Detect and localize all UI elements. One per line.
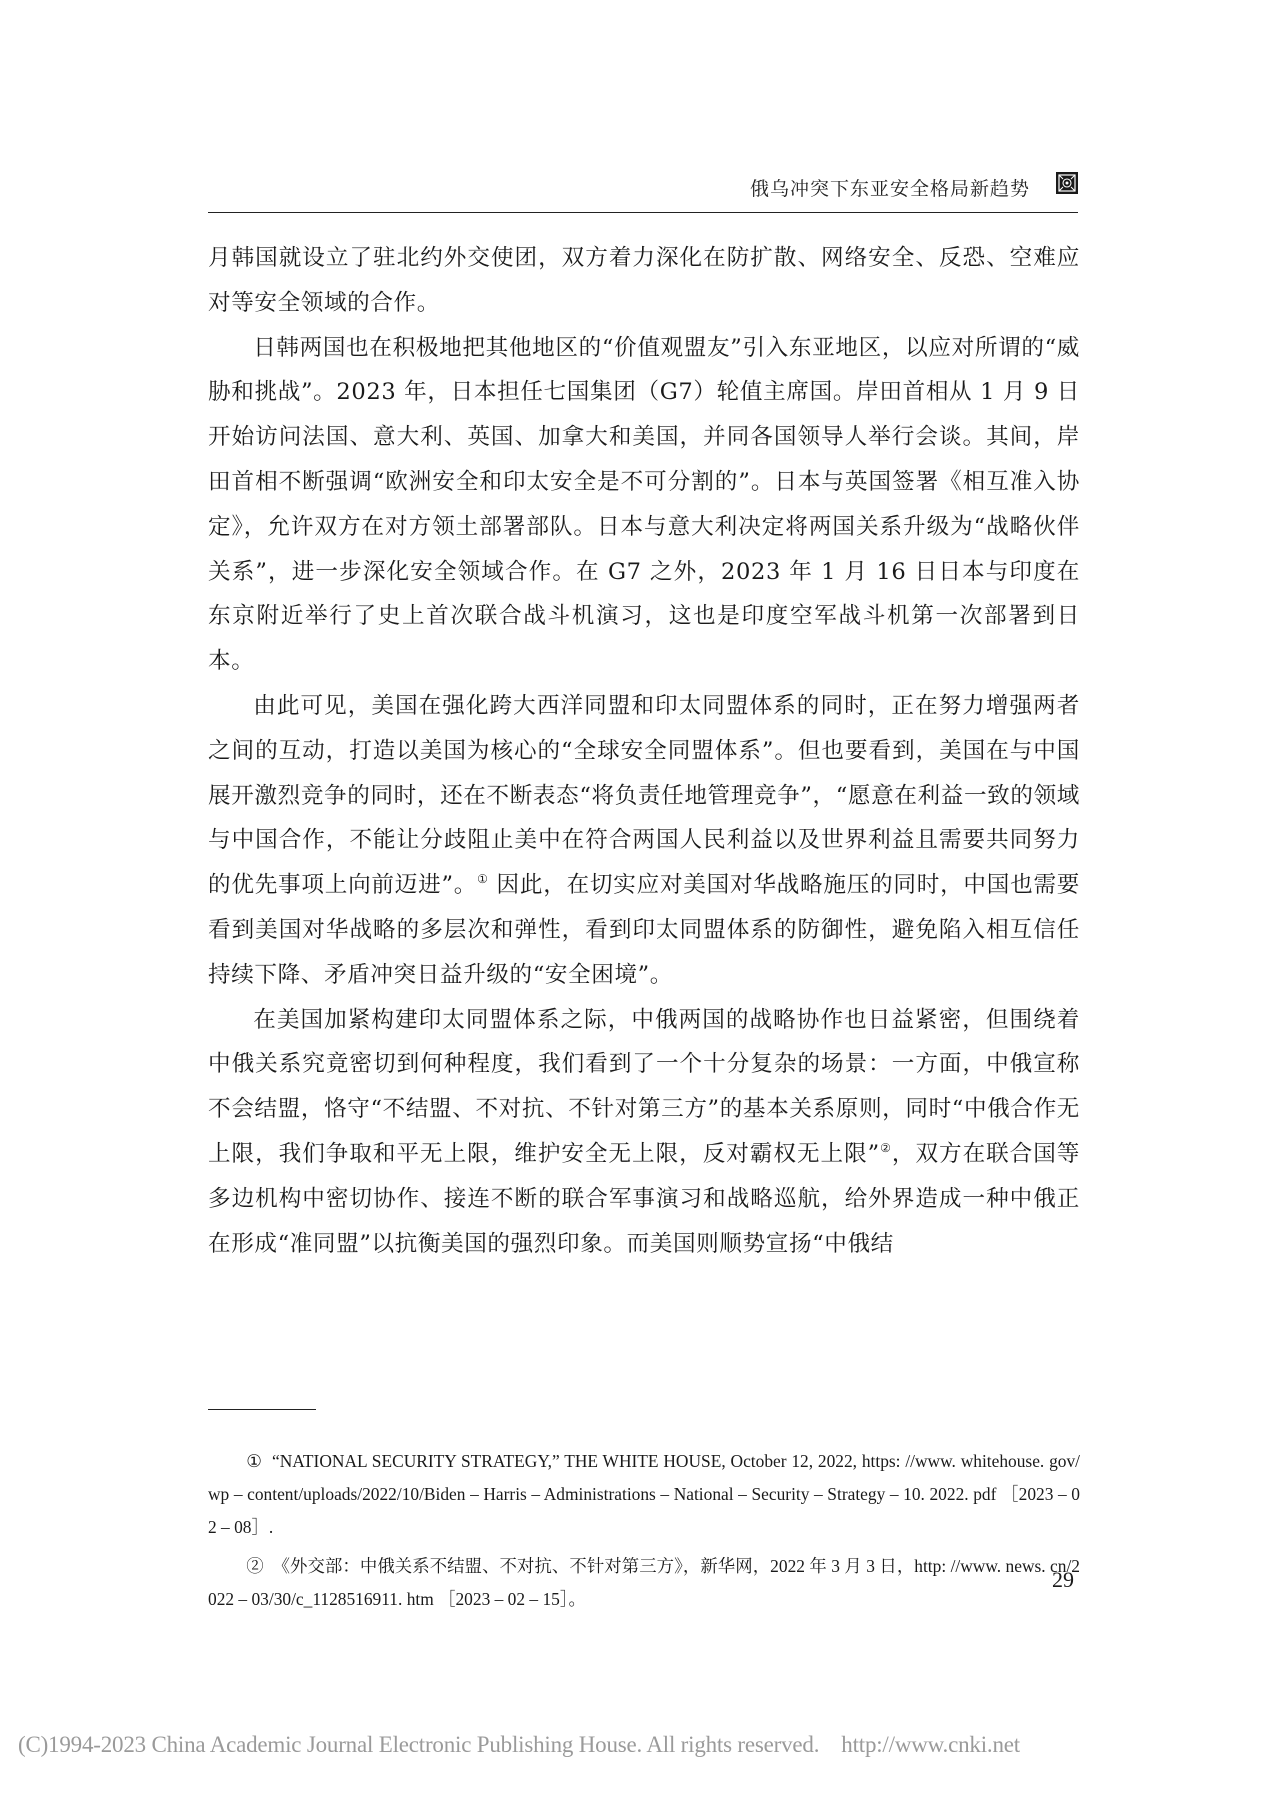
article-body: 月韩国就设立了驻北约外交使团，双方着力深化在防扩散、网络安全、反恐、空难应对等安… — [208, 236, 1080, 1266]
footnote-2: ② 《外交部：中俄关系不结盟、不对抗、不针对第三方》，新华网，2022 年 3 … — [208, 1550, 1080, 1616]
footnote-mark: ② — [246, 1556, 263, 1576]
page-number: 29 — [1052, 1567, 1074, 1593]
footnotes: ① “NATIONAL SECURITY STRATEGY,” THE WHIT… — [208, 1445, 1080, 1622]
footnote-ref-2[interactable]: ② — [880, 1141, 892, 1155]
footnote-text: 《外交部：中俄关系不结盟、不对抗、不针对第三方》，新华网，2022 年 3 月 … — [208, 1556, 1080, 1609]
running-title: 俄乌冲突下东亚安全格局新趋势 — [750, 174, 1030, 201]
decorative-lattice-icon — [1056, 172, 1078, 194]
footnote-text: “NATIONAL SECURITY STRATEGY,” THE WHITE … — [208, 1451, 1080, 1537]
paragraph-text: 由此可见，美国在强化跨大西洋同盟和印太同盟体系的同时，正在努力增强两者之间的互动… — [208, 693, 1080, 898]
footnote-divider — [208, 1409, 316, 1410]
footnote-ref-1[interactable]: ① — [477, 872, 489, 886]
footnote-1: ① “NATIONAL SECURITY STRATEGY,” THE WHIT… — [208, 1445, 1080, 1544]
paragraph: 月韩国就设立了驻北约外交使团，双方着力深化在防扩散、网络安全、反恐、空难应对等安… — [208, 236, 1080, 326]
copyright-watermark: (C)1994-2023 China Academic Journal Elec… — [18, 1732, 1020, 1758]
cnki-link[interactable]: http://www.cnki.net — [841, 1732, 1020, 1757]
footnote-mark: ① — [246, 1451, 262, 1471]
paragraph: 由此可见，美国在强化跨大西洋同盟和印太同盟体系的同时，正在努力增强两者之间的互动… — [208, 684, 1080, 998]
running-header: 俄乌冲突下东亚安全格局新趋势 — [208, 166, 1078, 213]
paragraph: 在美国加紧构建印太同盟体系之际，中俄两国的战略协作也日益紧密，但围绕着中俄关系究… — [208, 998, 1080, 1267]
copyright-text: (C)1994-2023 China Academic Journal Elec… — [18, 1732, 819, 1757]
paragraph: 日韩两国也在积极地把其他地区的“价值观盟友”引入东亚地区，以应对所谓的“威胁和挑… — [208, 326, 1080, 684]
